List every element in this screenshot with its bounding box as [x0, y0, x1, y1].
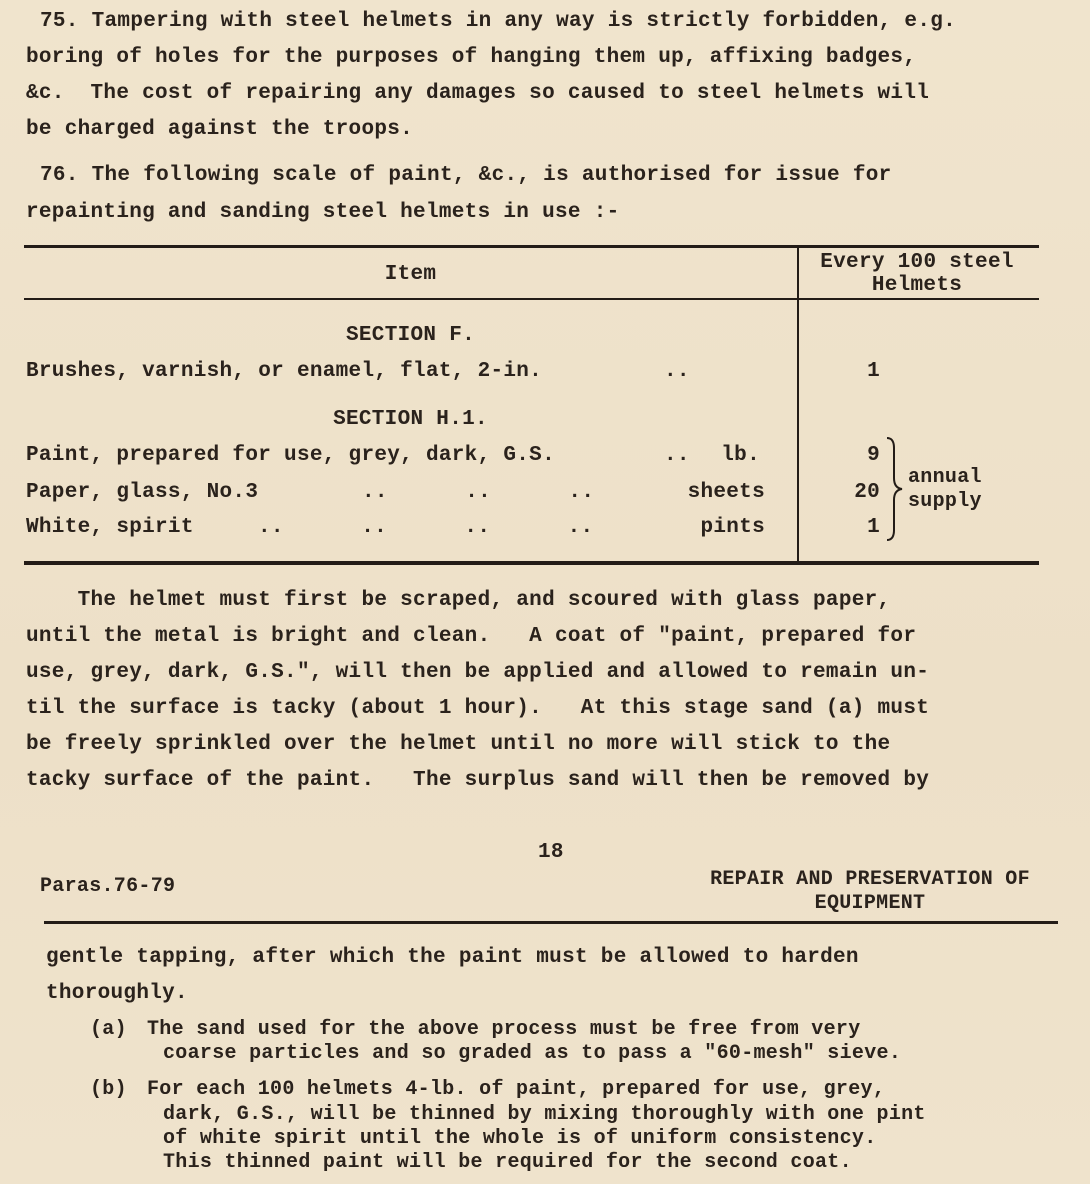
continued-line: thoroughly. — [46, 982, 188, 1006]
table-bottom-rule — [24, 561, 1039, 565]
body-line: The helmet must first be scraped, and sc… — [26, 589, 890, 613]
table-row-item: White, spirit — [26, 516, 194, 540]
table-row-leader: .. .. .. .. — [258, 516, 593, 540]
note-line: dark, G.S., will be thinned by mixing th… — [163, 1103, 926, 1127]
note-line: For each 100 helmets 4-lb. of paint, pre… — [147, 1078, 885, 1102]
paras-reference: Paras.76-79 — [40, 875, 175, 899]
table-row-leader: .. — [664, 360, 690, 384]
note-line: of white spirit until the whole is of un… — [163, 1127, 877, 1151]
note-label: (a) — [90, 1018, 127, 1042]
table-row-item: Paper, glass, No.3 — [26, 481, 258, 505]
continued-line: gentle tapping, after which the paint mu… — [46, 946, 859, 970]
body-line: until the metal is bright and clean. A c… — [26, 625, 916, 649]
body-line: til the surface is tacky (about 1 hour).… — [26, 697, 929, 721]
para75-line: 75. Tampering with steel helmets in any … — [40, 10, 956, 34]
table-top-rule — [24, 245, 1039, 248]
table-header-item: Item — [24, 263, 797, 287]
brace-note: supply — [908, 490, 982, 514]
note-line: coarse particles and so graded as to pas… — [163, 1042, 901, 1066]
table-row-qty: 9 — [820, 444, 880, 468]
para76-line: repainting and sanding steel helmets in … — [26, 201, 620, 225]
note-line: This thinned paint will be required for … — [163, 1151, 852, 1175]
section-title: EQUIPMENT — [660, 892, 1080, 916]
table-row-unit: pints — [660, 516, 765, 540]
table-header-qty: Every 100 steel — [799, 251, 1035, 275]
body-line: use, grey, dark, G.S.", will then be app… — [26, 661, 929, 685]
document-page: 75. Tampering with steel helmets in any … — [0, 0, 1090, 1184]
right-brace-icon — [884, 436, 908, 542]
table-row-qty: 1 — [820, 360, 880, 384]
body-line: tacky surface of the paint. The surplus … — [26, 769, 929, 793]
para76-line: 76. The following scale of paint, &c., i… — [40, 164, 892, 188]
note-line: The sand used for the above process must… — [147, 1018, 861, 1042]
section-title: REPAIR AND PRESERVATION OF — [660, 868, 1080, 892]
note-label: (b) — [90, 1078, 127, 1102]
table-row-unit: sheets — [660, 481, 765, 505]
section-heading: SECTION F. — [24, 324, 797, 348]
table-row-qty: 1 — [820, 516, 880, 540]
table-header-rule — [24, 298, 1039, 300]
brace-note: annual — [908, 466, 982, 490]
section-heading: SECTION H.1. — [24, 408, 797, 432]
body-line: be freely sprinkled over the helmet unti… — [26, 733, 890, 757]
table-row-item: Paint, prepared for use, grey, dark, G.S… — [26, 444, 555, 468]
page-number: 18 — [538, 841, 564, 865]
table-row-qty: 20 — [820, 481, 880, 505]
table-header-qty: Helmets — [799, 274, 1035, 298]
para75-line: be charged against the troops. — [26, 118, 413, 142]
table-row-item: Brushes, varnish, or enamel, flat, 2-in. — [26, 360, 542, 384]
table-row-unit: lb. — [680, 444, 760, 468]
header-rule — [44, 921, 1058, 924]
para75-line: &c. The cost of repairing any damages so… — [26, 82, 929, 106]
para75-line: boring of holes for the purposes of hang… — [26, 46, 916, 70]
table-row-leader: .. .. .. — [362, 481, 594, 505]
